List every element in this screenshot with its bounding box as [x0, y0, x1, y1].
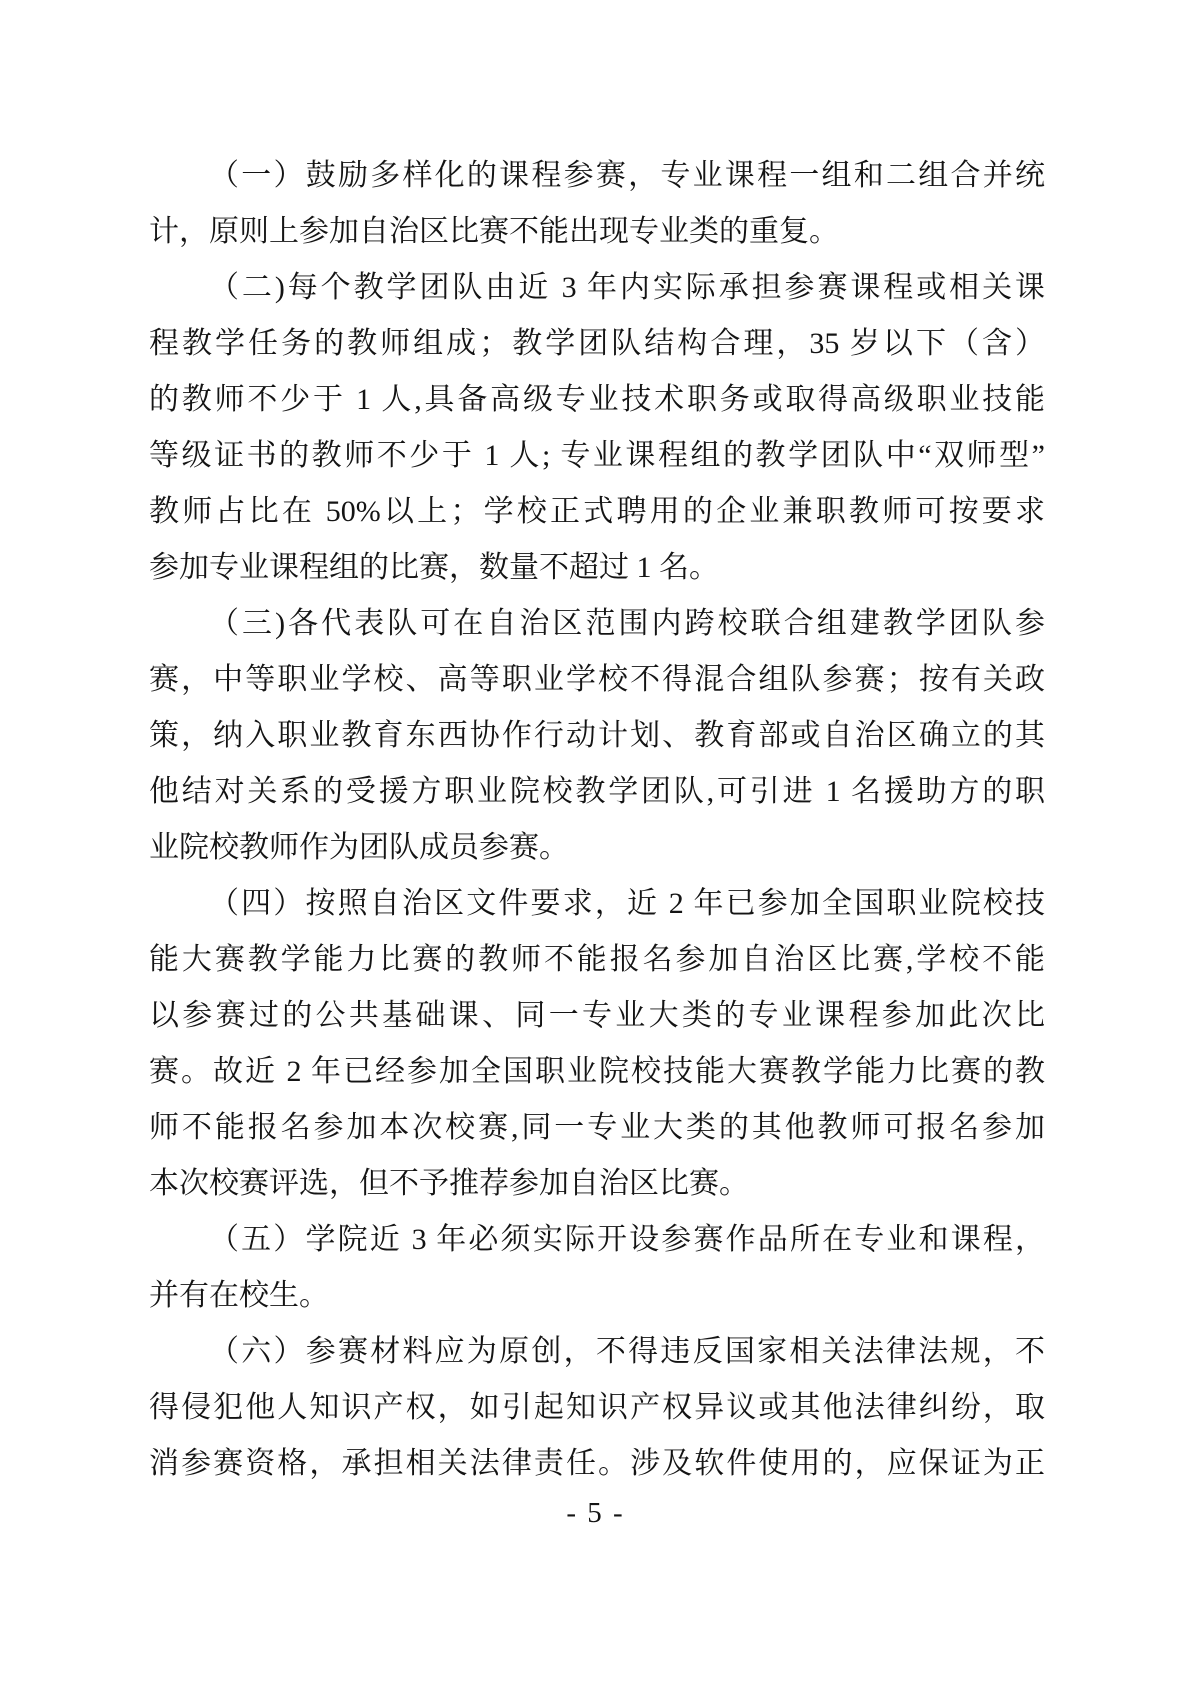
- clause-6: （六）参赛材料应为原创，不得违反国家相关法律法规，不 得侵犯他人知识产权，如引起…: [149, 1324, 1045, 1492]
- clause-1: （一）鼓励多样化的课程参赛，专业课程一组和二组合并统 计，原则上参加自治区比赛不…: [149, 148, 1045, 260]
- text-line: （三)各代表队可在自治区范围内跨校联合组建教学团队参: [149, 596, 1045, 652]
- text-line: 并有在校生。: [149, 1268, 1045, 1324]
- clause-2: （二)每个教学团队由近 3 年内实际承担参赛课程或相关课 程教学任务的教师组成；…: [149, 260, 1045, 596]
- text-line: 消参赛资格，承担相关法律责任。涉及软件使用的，应保证为正: [149, 1436, 1045, 1492]
- document-page: （一）鼓励多样化的课程参赛，专业课程一组和二组合并统 计，原则上参加自治区比赛不…: [0, 0, 1191, 1684]
- text-line: 参加专业课程组的比赛，数量不超过 1 名。: [149, 540, 1045, 596]
- text-line: 教师占比在 50%以上；学校正式聘用的企业兼职教师可按要求: [149, 484, 1045, 540]
- text-line: 赛，中等职业学校、高等职业学校不得混合组队参赛；按有关政: [149, 652, 1045, 708]
- text-line: 以参赛过的公共基础课、同一专业大类的专业课程参加此次比: [149, 988, 1045, 1044]
- page-footer: - 5 -: [0, 1494, 1191, 1532]
- text-line: （一）鼓励多样化的课程参赛，专业课程一组和二组合并统: [149, 148, 1045, 204]
- text-line: （四）按照自治区文件要求，近 2 年已参加全国职业院校技: [149, 876, 1045, 932]
- text-line: （六）参赛材料应为原创，不得违反国家相关法律法规，不: [149, 1324, 1045, 1380]
- document-body: （一）鼓励多样化的课程参赛，专业课程一组和二组合并统 计，原则上参加自治区比赛不…: [149, 148, 1045, 1492]
- text-line: 业院校教师作为团队成员参赛。: [149, 820, 1045, 876]
- text-line: 能大赛教学能力比赛的教师不能报名参加自治区比赛,学校不能: [149, 932, 1045, 988]
- text-line: 他结对关系的受援方职业院校教学团队,可引进 1 名援助方的职: [149, 764, 1045, 820]
- page-number: - 5 -: [566, 1497, 624, 1529]
- clause-3: （三)各代表队可在自治区范围内跨校联合组建教学团队参 赛，中等职业学校、高等职业…: [149, 596, 1045, 876]
- clause-5: （五）学院近 3 年必须实际开设参赛作品所在专业和课程， 并有在校生。: [149, 1212, 1045, 1324]
- text-line: 程教学任务的教师组成；教学团队结构合理，35 岁以下（含）: [149, 316, 1045, 372]
- text-line: 等级证书的教师不少于 1 人; 专业课程组的教学团队中“双师型”: [149, 428, 1045, 484]
- text-line: 计，原则上参加自治区比赛不能出现专业类的重复。: [149, 204, 1045, 260]
- clause-4: （四）按照自治区文件要求，近 2 年已参加全国职业院校技 能大赛教学能力比赛的教…: [149, 876, 1045, 1212]
- text-line: 赛。故近 2 年已经参加全国职业院校技能大赛教学能力比赛的教: [149, 1044, 1045, 1100]
- text-line: 师不能报名参加本次校赛,同一专业大类的其他教师可报名参加: [149, 1100, 1045, 1156]
- text-line: 策，纳入职业教育东西协作行动计划、教育部或自治区确立的其: [149, 708, 1045, 764]
- text-line: （二)每个教学团队由近 3 年内实际承担参赛课程或相关课: [149, 260, 1045, 316]
- text-line: 本次校赛评选，但不予推荐参加自治区比赛。: [149, 1156, 1045, 1212]
- text-line: （五）学院近 3 年必须实际开设参赛作品所在专业和课程，: [149, 1212, 1045, 1268]
- text-line: 得侵犯他人知识产权，如引起知识产权异议或其他法律纠纷，取: [149, 1380, 1045, 1436]
- text-line: 的教师不少于 1 人,具备高级专业技术职务或取得高级职业技能: [149, 372, 1045, 428]
